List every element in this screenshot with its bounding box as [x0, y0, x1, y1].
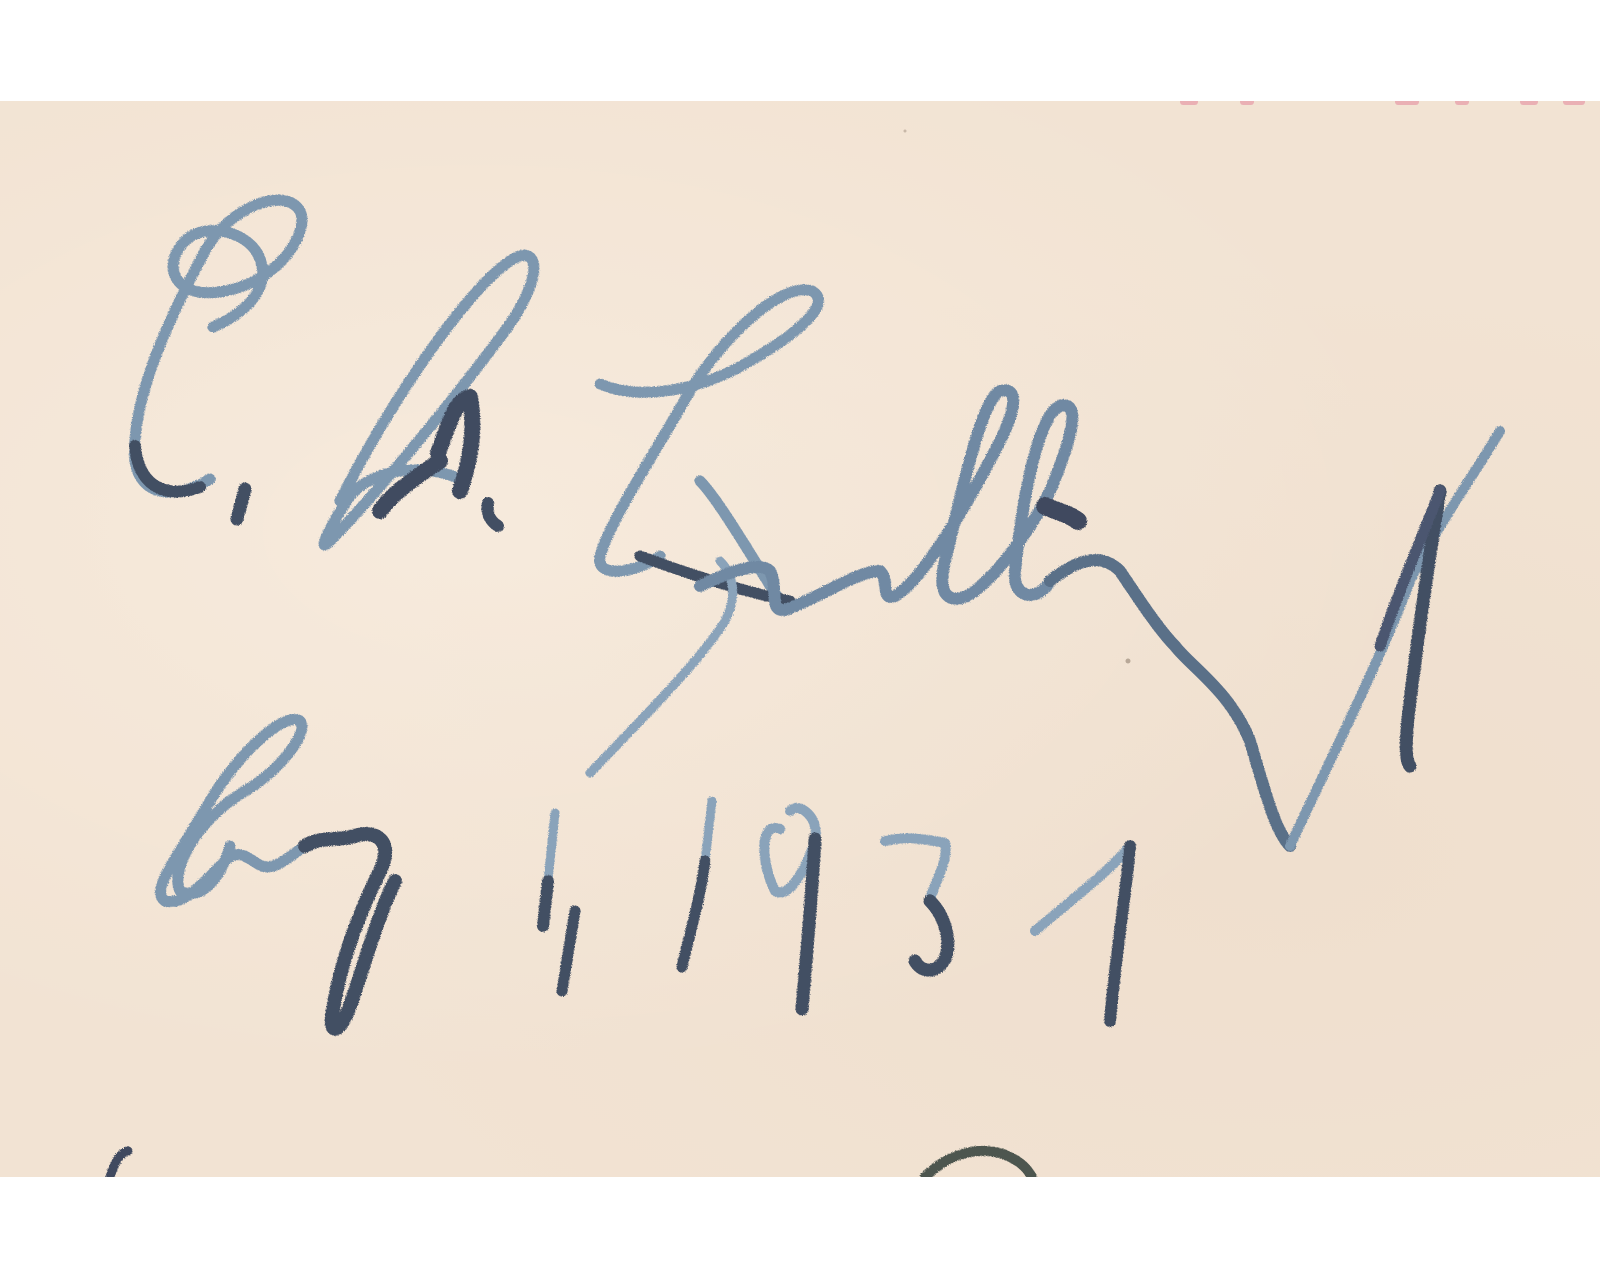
letters-gh-stroke — [1050, 560, 1290, 846]
handwriting-ink — [0, 101, 1600, 1177]
paper-speck — [904, 130, 907, 133]
paper-card: C. A. Lindbergh Aug 1, 1934 — [0, 101, 1600, 1177]
date-digit-1 — [548, 813, 555, 881]
bottom-ink-fragment — [925, 1151, 1032, 1177]
paper-speck — [1126, 659, 1131, 664]
letter-a-stroke — [324, 255, 534, 545]
letter-c-stroke — [135, 200, 302, 492]
period-mark — [237, 489, 245, 519]
image-frame: C. A. Lindbergh Aug 1, 1934 — [0, 0, 1600, 1280]
letter-l-stroke — [600, 290, 819, 601]
long-slash-stroke — [590, 561, 733, 773]
i-dot — [1045, 506, 1078, 521]
date-digit-1b — [705, 801, 712, 861]
bottom-ink-fragment — [110, 1151, 128, 1177]
date-digit-3 — [885, 838, 946, 901]
letters-indb-stroke — [700, 390, 1072, 610]
date-aug-stroke — [161, 719, 305, 901]
date-comma — [562, 911, 575, 991]
